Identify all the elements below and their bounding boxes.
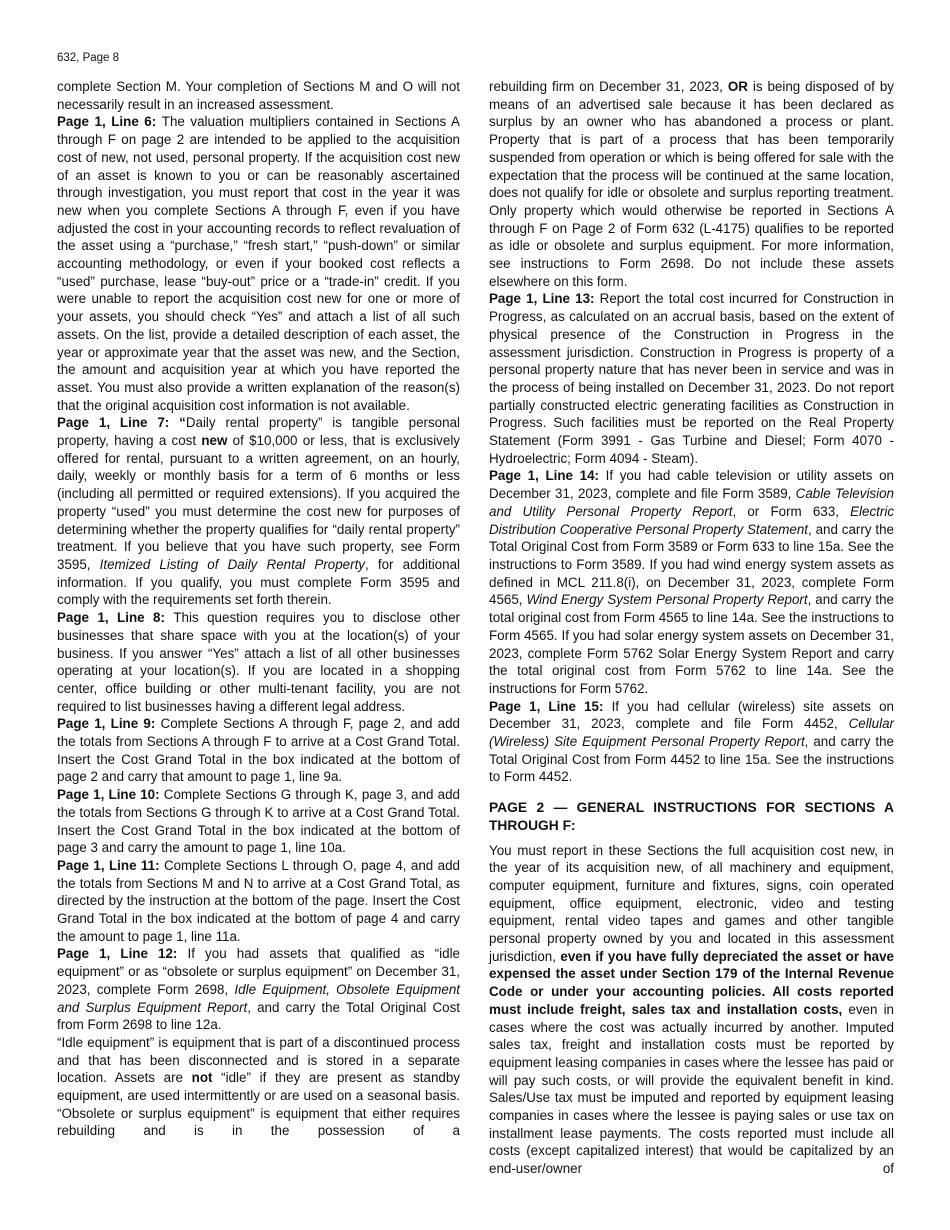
text-segment: Wind Energy System Personal Property Rep… [527, 592, 808, 607]
text-segment: This question requires you to disclose o… [57, 610, 460, 714]
paragraph: Page 1, Line 9: Complete Sections A thro… [57, 715, 460, 786]
paragraph: You must report in these Sections the fu… [489, 842, 894, 1178]
text-segment: You must report in these Sections the fu… [489, 843, 894, 964]
text-segment: Page 1, Line 12: [57, 946, 188, 961]
text-segment: The valuation multipliers contained in S… [57, 114, 460, 412]
text-segment: Page 1, Line 8: [57, 610, 173, 625]
text-segment: Page 1, Line 6: [57, 114, 162, 129]
text-segment: , or Form 633, [732, 504, 850, 519]
paragraph: Page 1, Line 14: If you had cable televi… [489, 467, 894, 697]
paragraph: Page 1, Line 13: Report the total cost i… [489, 290, 894, 467]
paragraph: Page 1, Line 11: Complete Sections L thr… [57, 857, 460, 946]
document-page: 632, Page 8 complete Section M. Your com… [0, 0, 950, 1230]
right-column: rebuilding firm on December 31, 2023, OR… [489, 78, 894, 1178]
text-segment: Page 1, Line 14: [489, 468, 606, 483]
text-segment: Report the total cost incurred for Const… [489, 291, 894, 465]
paragraph: Page 1, Line 8: This question requires y… [57, 609, 460, 715]
paragraph: rebuilding firm on December 31, 2023, OR… [489, 78, 894, 290]
text-segment: Page 1, Line 9: [57, 716, 161, 731]
paragraph: Page 1, Line 6: The valuation multiplier… [57, 113, 460, 414]
paragraph: Page 1, Line 12: If you had assets that … [57, 945, 460, 1034]
text-segment: Page 1, Line 13: [489, 291, 600, 306]
text-segment: , and carry the total original cost from… [489, 592, 894, 696]
text-segment: not [192, 1070, 213, 1085]
text-segment: new [201, 433, 227, 448]
section-heading: PAGE 2 — GENERAL INSTRUCTIONS FOR SECTIO… [489, 799, 894, 834]
text-segment: Itemized Listing of Daily Rental Propert… [100, 557, 365, 572]
paragraph: complete Section M. Your completion of S… [57, 78, 460, 113]
text-segment: even in cases where the cost was actuall… [489, 1002, 894, 1176]
paragraph: Page 1, Line 10: Complete Sections G thr… [57, 786, 460, 857]
left-column: complete Section M. Your completion of S… [57, 78, 460, 1140]
two-column-layout: complete Section M. Your completion of S… [57, 78, 894, 1178]
paragraph: “Idle equipment” is equipment that is pa… [57, 1034, 460, 1140]
text-segment: Page 1, Line 11: [57, 858, 164, 873]
text-segment: rebuilding firm on December 31, 2023, [489, 79, 728, 94]
paragraph: Page 1, Line 7: “Daily rental property” … [57, 414, 460, 609]
text-segment: PAGE 2 — GENERAL INSTRUCTIONS FOR SECTIO… [489, 800, 894, 833]
page-number-header: 632, Page 8 [57, 51, 894, 65]
text-segment: of $10,000 or less, that is exclusively … [57, 433, 460, 572]
text-segment: is being disposed of by means of an adve… [489, 79, 894, 289]
text-segment: Page 1, Line 15: [489, 699, 612, 714]
text-segment: complete Section M. Your completion of S… [57, 79, 460, 112]
text-segment: OR [728, 79, 748, 94]
text-segment: Page 1, Line 7: “ [57, 415, 186, 430]
text-segment: Page 1, Line 10: [57, 787, 164, 802]
paragraph: Page 1, Line 15: If you had cellular (wi… [489, 698, 894, 787]
